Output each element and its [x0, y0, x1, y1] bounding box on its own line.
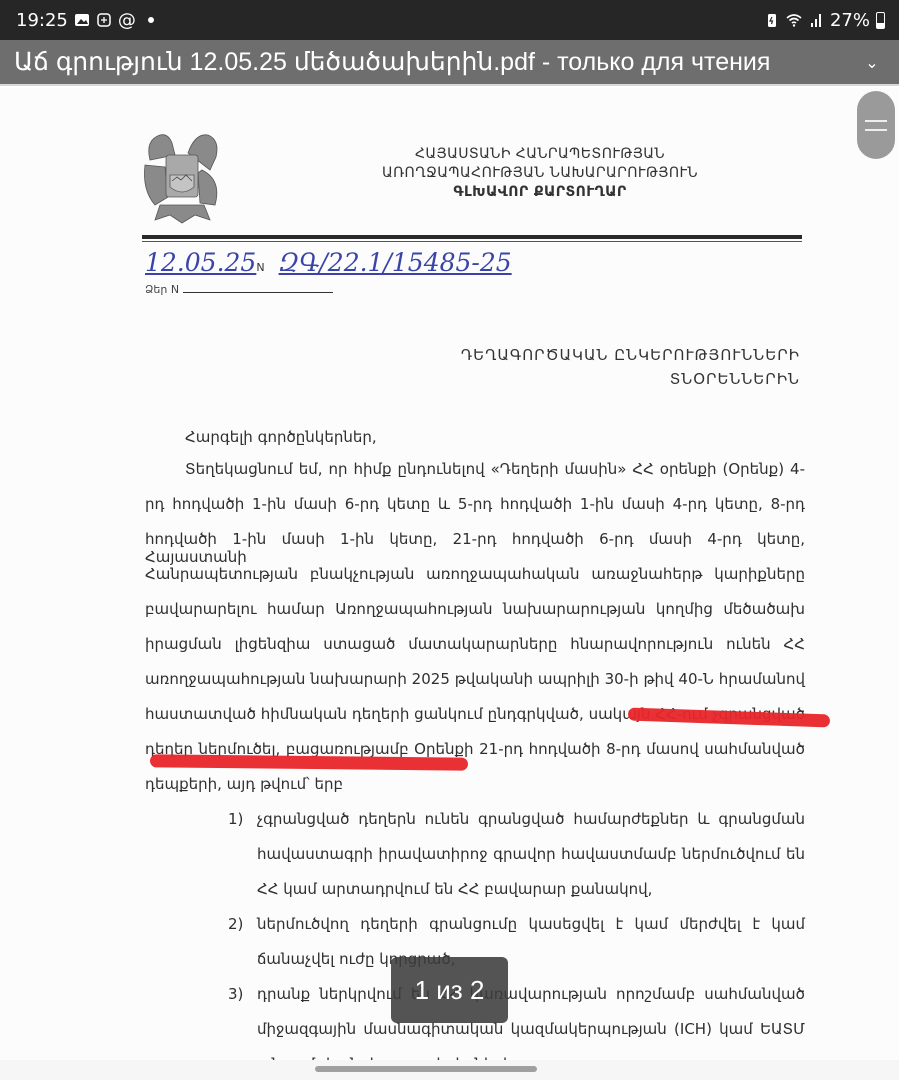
reference-date: 12.05.25	[145, 248, 256, 277]
your-n-blank	[183, 292, 333, 293]
battery-icon	[876, 12, 885, 29]
coat-of-arms-icon	[140, 125, 225, 225]
paragraph-line: դեպքերի, այդ թվում՝ երբ	[145, 775, 805, 793]
status-right: 27%	[764, 10, 885, 31]
app-icon	[96, 12, 112, 28]
recipient-line-1: ԴԵՂԱԳՈՐԾԱԿԱՆ ԸՆԿԵՐՈՒԹՅՈՒՆՆԵՐԻ	[400, 343, 800, 367]
list-item-line: ՀՀ կամ արտադրվում են ՀՀ բավարար քանակով,	[257, 880, 805, 898]
letterhead-country: ՀԱՅԱՍՏԱՆԻ ՀԱՆՐԱՊԵՏՈՒԹՅԱՆ	[330, 145, 750, 164]
list-marker: 3)	[228, 985, 243, 1003]
paragraph-line: իրացման լիցենզիա ստացած մատակարարները հն…	[145, 635, 805, 653]
chevron-down-icon[interactable]: ⌄	[859, 53, 885, 72]
recipient: ԴԵՂԱԳՈՐԾԱԿԱՆ ԸՆԿԵՐՈՒԹՅՈՒՆՆԵՐԻ ՏՆՕՐԵՆՆԵՐԻ…	[400, 343, 800, 391]
list-item-line: դրանք ներկրվում են ՀՀ կառավարության որոշ…	[257, 985, 805, 1003]
list-item-line: հավաստագրի իրավատիրոջ գրավոր հավաստմամբ …	[257, 845, 805, 863]
list-item-line: ներմուծվող դեղերի գրանցումը կասեցվել է կ…	[257, 915, 805, 933]
wifi-icon	[786, 12, 802, 28]
reference-n-label: N	[256, 261, 264, 274]
letterhead: ՀԱՅԱՍՏԱՆԻ ՀԱՆՐԱՊԵՏՈՒԹՅԱՆ ԱՌՈՂՋԱՊԱՀՈՒԹՅԱՆ…	[330, 145, 750, 202]
paragraph-line: առողջապահության նախարարի 2025 թվականի ապ…	[145, 670, 805, 688]
home-gesture-pill[interactable]	[315, 1066, 537, 1072]
document-title-bar[interactable]: Աճ գրություն 12.05.25 մեծածախերին.pdf - …	[0, 40, 899, 86]
greeting: Հարգելի գործընկերներ,	[185, 428, 377, 446]
paragraph-line: Տեղեկացնում եմ, որ հիմք ընդունելով «Դեղե…	[185, 460, 805, 478]
paragraph-line: հոդվածի 1-ին մասի 1-ին կետը, 21-րդ հոդվա…	[145, 530, 805, 566]
paragraph-line: րդ հոդվածի 1-ին մասի 6-րդ կետը և 5-րդ հո…	[145, 495, 805, 513]
grip-line-icon	[865, 120, 887, 122]
header-divider	[142, 235, 802, 239]
navigation-bar	[0, 1060, 899, 1080]
clock: 19:25	[16, 10, 68, 31]
notification-dot-icon	[148, 17, 154, 23]
status-bar: 19:25 @ 27%	[0, 0, 899, 40]
paragraph-line: Հանրապետության բնակչության առողջապահական…	[145, 565, 805, 583]
list-item-line: ճանաչվել ուժը կորցրած,	[257, 950, 805, 968]
reference-line: 12.05.25NԶԳ/22.1/15485-25	[145, 248, 512, 277]
battery-percent: 27%	[830, 10, 870, 31]
reference-number: ԶԳ/22.1/15485-25	[279, 248, 512, 277]
letterhead-ministry: ԱՌՈՂՋԱՊԱՀՈՒԹՅԱՆ ՆԱԽԱՐԱՐՈՒԹՅՈՒՆ	[330, 164, 750, 183]
fast-scroll-handle[interactable]	[857, 91, 895, 159]
status-left: 19:25 @	[16, 10, 154, 31]
your-reference: Ձեր N	[145, 283, 333, 296]
recipient-line-2: ՏՆՕՐԵՆՆԵՐԻՆ	[400, 367, 800, 391]
document-title: Աճ գրություն 12.05.25 մեծածախերին.pdf - …	[14, 47, 859, 77]
your-n-label: Ձեր N	[145, 283, 179, 296]
battery-saver-icon	[764, 12, 780, 28]
list-marker: 1)	[228, 810, 243, 828]
paragraph-line: բավարարելու համար Առողջապահության նախարա…	[145, 600, 805, 618]
gallery-icon	[74, 12, 90, 28]
signal-icon	[808, 12, 824, 28]
header-divider-thin	[142, 241, 802, 242]
letterhead-office: ԳԼԽԱՎՈՐ ՔԱՐՏՈՒՂԱՐ	[330, 183, 750, 202]
at-sign-icon: @	[118, 10, 136, 31]
grip-line-icon	[865, 129, 887, 131]
list-item-line: միջազգային մասնագիտական կազմակերպության …	[257, 1020, 805, 1038]
list-item-line: չգրանցված դեղերն ունեն գրանցված համարժեք…	[257, 810, 805, 828]
page-indicator: 1 из 2	[391, 957, 508, 1023]
list-marker: 2)	[228, 915, 243, 933]
